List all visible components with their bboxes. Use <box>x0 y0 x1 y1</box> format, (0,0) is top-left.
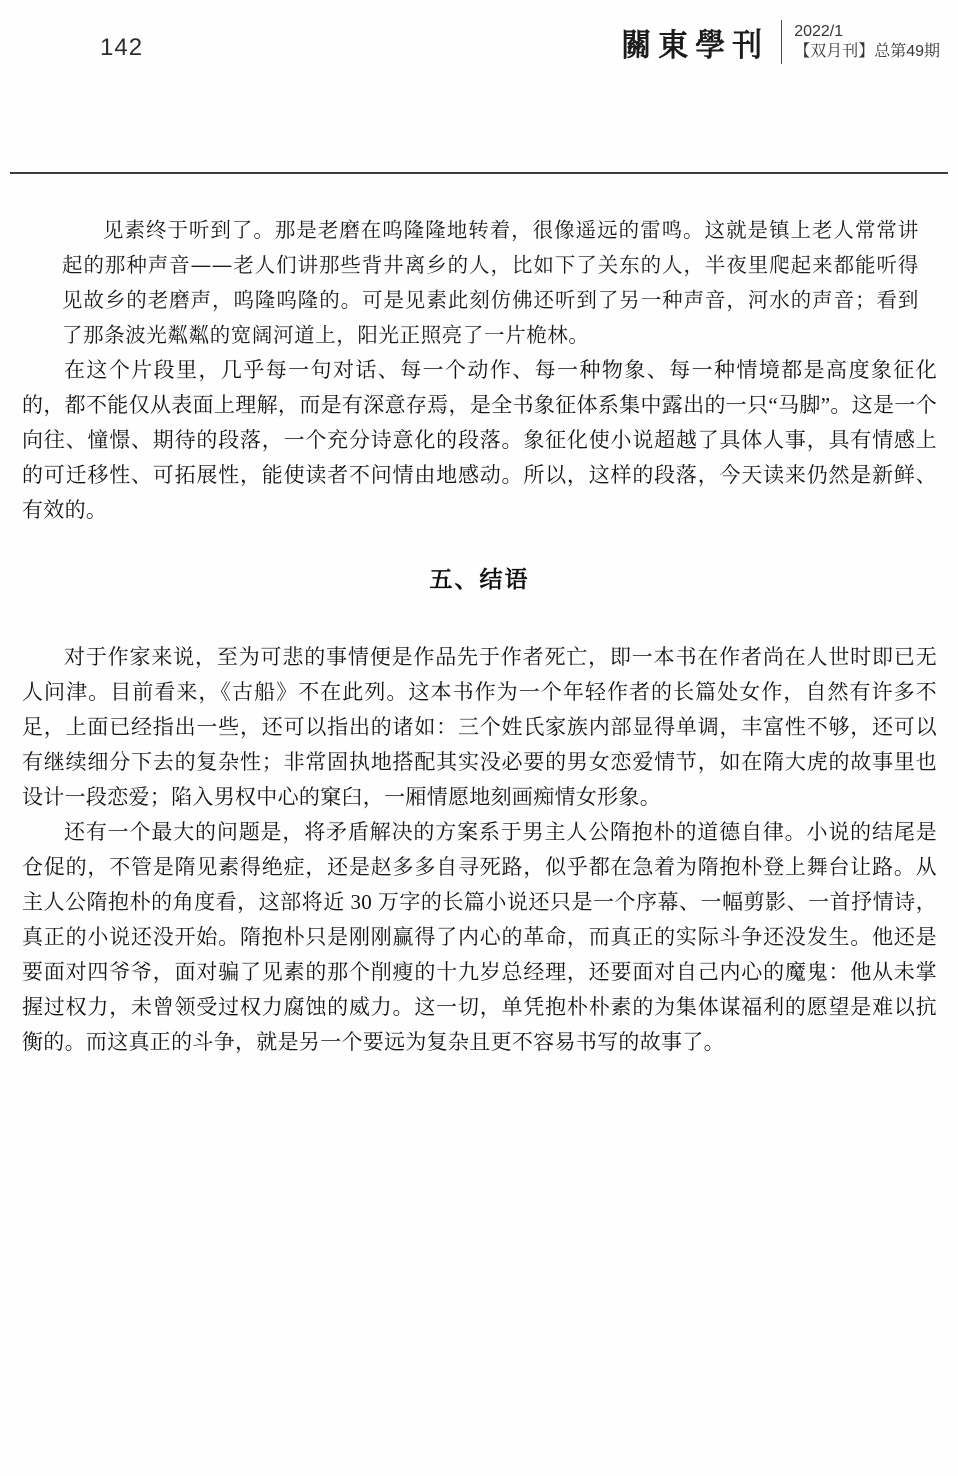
article-body: 见素终于听到了。那是老磨在呜隆隆地转着，很像遥远的雷鸣。这就是镇上老人常常讲起的… <box>22 213 937 1060</box>
page-header: 142 關東學刊 2022/1 【双月刊】总第49期 <box>0 0 958 80</box>
novel-excerpt-quote: 见素终于听到了。那是老磨在呜隆隆地转着，很像遥远的雷鸣。这就是镇上老人常常讲起的… <box>62 213 919 353</box>
issue-number: 【双月刊】总第49期 <box>794 42 940 62</box>
page-number: 142 <box>100 34 143 62</box>
header-rule <box>10 172 948 174</box>
analysis-paragraph: 在这个片段里，几乎每一句对话、每一个动作、每一种物象、每一种情境都是高度象征化的… <box>22 353 937 528</box>
conclusion-paragraph-1: 对于作家来说，至为可悲的事情便是作品先于作者死亡，即一本书在作者尚在人世时即已无… <box>22 640 937 815</box>
journal-title-logo: 關東學刊 <box>621 19 769 65</box>
journal-masthead: 關東學刊 2022/1 【双月刊】总第49期 <box>621 20 940 64</box>
masthead-divider <box>781 20 782 64</box>
journal-page: 142 關東學刊 2022/1 【双月刊】总第49期 见素终于听到了。那是老磨在… <box>0 0 958 1476</box>
section-heading: 五、结语 <box>22 561 937 594</box>
issue-info-block: 2022/1 【双月刊】总第49期 <box>794 22 940 62</box>
issue-year: 2022/1 <box>794 22 940 42</box>
conclusion-paragraph-2: 还有一个最大的问题是，将矛盾解决的方案系于男主人公隋抱朴的道德自律。小说的结尾是… <box>22 815 937 1060</box>
